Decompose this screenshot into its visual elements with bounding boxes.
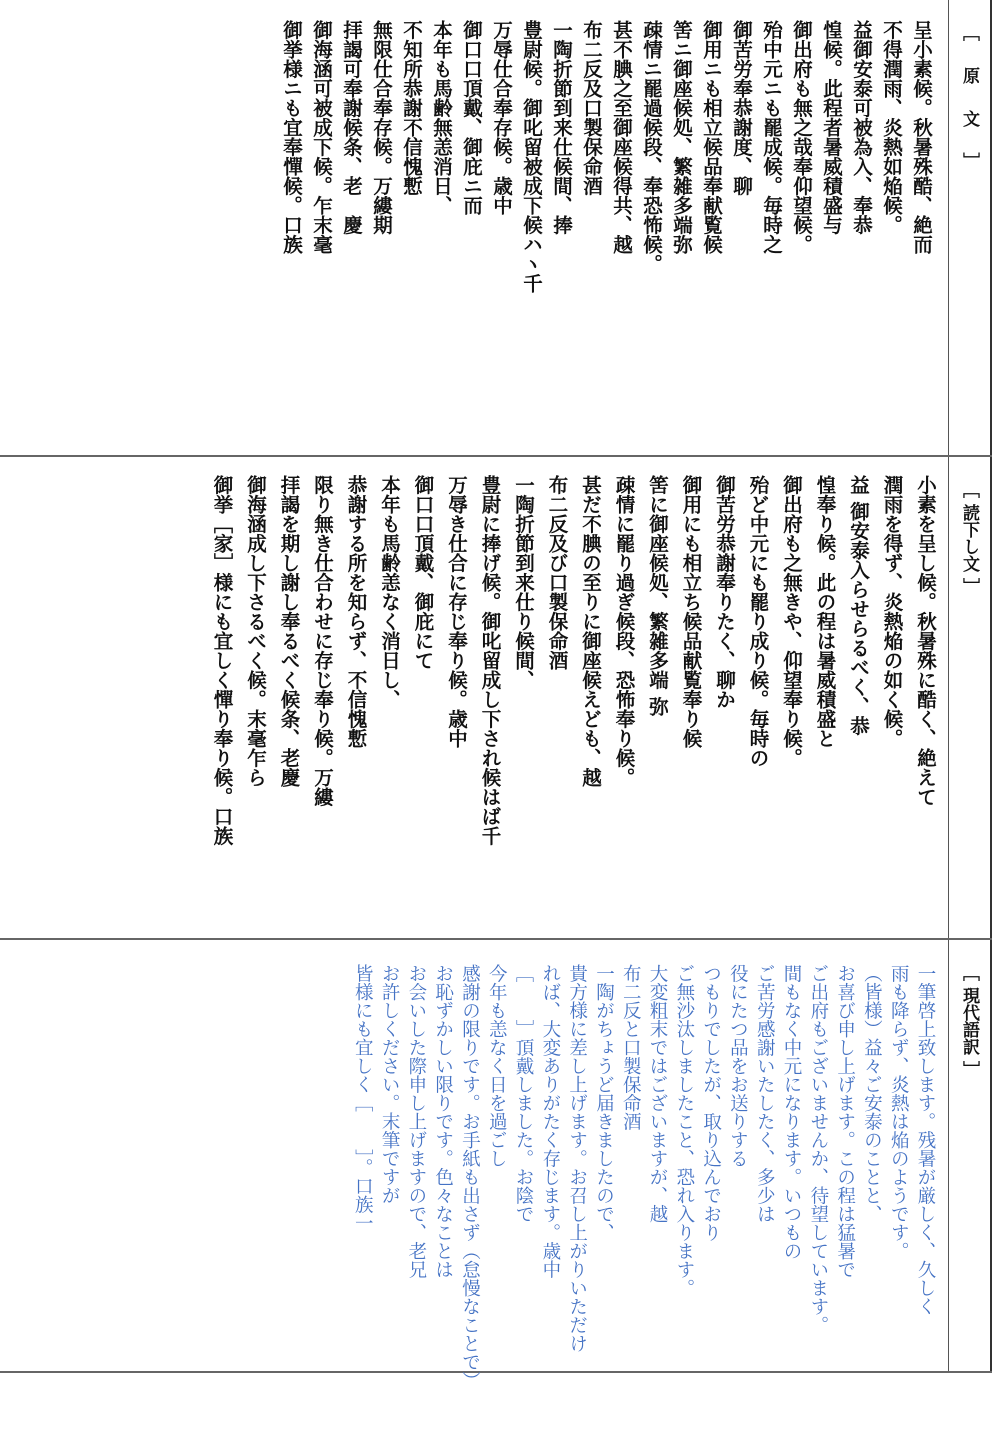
content-cell-genbun: 呈小素候。秋暑殊酷、絶而 不得潤雨、炎熱如焔候。 益御安泰可被為入、奉恭 惶候。…: [0, 0, 948, 455]
text-line: 不知所恭謝不信愧慙: [396, 20, 426, 293]
text-line: 御出府も無之哉奉仰望候。: [786, 20, 816, 293]
text-line: 益御安泰可被為入、奉恭: [846, 20, 876, 293]
text-line: れば、大変ありがたく存じます。歳中: [536, 964, 563, 1390]
text-line: つもりでしたが、取り込んでおり: [697, 964, 724, 1390]
header-label-genbun: ［ 原 文 ］: [957, 24, 982, 180]
text-line: 御挙［家］様にも宜しく憚り奉り候。口族: [205, 475, 239, 846]
text-line: 布二反と口製保命酒: [616, 964, 643, 1390]
text-line: 恭謝する所を知らず、不信愧慙: [339, 475, 373, 846]
row-genbun: ［ 原 文 ］ 呈小素候。秋暑殊酷、絶而 不得潤雨、炎熱如焔候。 益御安泰可被為…: [0, 0, 992, 457]
text-line: 呈小素候。秋暑殊酷、絶而: [906, 20, 936, 293]
text-line: 御用ニも相立候品奉献覧候: [696, 20, 726, 293]
text-line: 万辱仕合奉存候。歳中: [486, 20, 516, 293]
text-line: 拝謁可奉謝候条、老 慶: [336, 20, 366, 293]
header-label-yomikudashi: ［ 読下し文 ］: [957, 481, 982, 595]
text-line: 御苦労奉恭謝度、聊: [726, 20, 756, 293]
text-line: 今年も恙なく日を過ごし: [482, 964, 509, 1390]
genbun-text: 呈小素候。秋暑殊酷、絶而 不得潤雨、炎熱如焔候。 益御安泰可被為入、奉恭 惶候。…: [276, 20, 936, 293]
text-line: 惶候。此程者暑威積盛与: [816, 20, 846, 293]
text-line: 甚だ不腆の至りに御座候えども、越: [574, 475, 608, 846]
header-cell-genbun: ［ 原 文 ］: [948, 0, 992, 455]
text-line: 筈ニ御座候処、繁雑多端弥: [666, 20, 696, 293]
row-yomikudashi: ［ 読下し文 ］ 小素を呈し候。秋暑殊に酷く、絶えて 潤雨を得ず、炎熱焔の如く候…: [0, 457, 992, 940]
text-line: 甚不腆之至御座候得共、越: [606, 20, 636, 293]
header-label-gendaigoyaku: ［ 現代語訳 ］: [957, 964, 982, 1078]
text-line: 大変粗末ではございますが、越: [643, 964, 670, 1390]
text-line: 御海涵成し下さるべく候。末毫乍ら: [239, 475, 273, 846]
translation-table: ［ 原 文 ］ 呈小素候。秋暑殊酷、絶而 不得潤雨、炎熱如焔候。 益御安泰可被為…: [0, 0, 992, 1373]
text-line: ご出府もございませんか、待望しています。: [804, 964, 831, 1390]
row-gendaigoyaku: ［ 現代語訳 ］ 一筆啓上致します。残暑が厳しく、久しく 雨も降らず、炎熱は焔の…: [0, 940, 992, 1373]
text-line: （皆様）益々ご安泰のことと、: [858, 964, 885, 1390]
text-line: 益 御安泰入らせらるべく、恭: [842, 475, 876, 846]
text-line: お許しください。末筆ですが: [375, 964, 402, 1390]
text-line: 感謝の限りです。お手紙も出さず（怠慢なことで）: [456, 964, 483, 1390]
content-cell-yomikudashi: 小素を呈し候。秋暑殊に酷く、絶えて 潤雨を得ず、炎熱焔の如く候。 益 御安泰入ら…: [0, 457, 948, 938]
gendaigoyaku-text: 一筆啓上致します。残暑が厳しく、久しく 雨も降らず、炎熱は焔のようです。 （皆様…: [348, 964, 938, 1390]
text-line: 御挙様ニも宜奉憚候。口族: [276, 20, 306, 293]
text-line: ご無沙汰しましたこと、恐れ入ります。: [670, 964, 697, 1390]
text-line: 布二反及び口製保命酒: [540, 475, 574, 846]
text-line: 小素を呈し候。秋暑殊に酷く、絶えて: [909, 475, 943, 846]
text-line: ［ ］頂戴しました。お陰で: [509, 964, 536, 1390]
yomikudashi-text: 小素を呈し候。秋暑殊に酷く、絶えて 潤雨を得ず、炎熱焔の如く候。 益 御安泰入ら…: [205, 475, 942, 846]
header-cell-yomikudashi: ［ 読下し文 ］: [948, 457, 992, 938]
text-line: 潤雨を得ず、炎熱焔の如く候。: [875, 475, 909, 846]
text-line: 殆ど中元にも罷り成り候。毎時の: [741, 475, 775, 846]
text-line: 限り無き仕合わせに存じ奉り候。万縷: [306, 475, 340, 846]
text-line: 筈に御座候処、繁雑多端 弥: [641, 475, 675, 846]
text-line: 本年も馬齢恙なく消日し、: [373, 475, 407, 846]
text-line: 本年も馬齢無恙消日、: [426, 20, 456, 293]
text-line: お恥ずかしい限りです。色々なことは: [429, 964, 456, 1390]
text-line: 殆中元ニも罷成候。毎時之: [756, 20, 786, 293]
text-line: 雨も降らず、炎熱は焔のようです。: [884, 964, 911, 1390]
text-line: 間もなく中元になります。いつもの: [777, 964, 804, 1390]
text-line: 一陶折節到来仕候間、捧: [546, 20, 576, 293]
text-line: 貴方様に差し上げます。お召し上がりいただけ: [563, 964, 590, 1390]
text-line: 惶奉り候。此の程は暑威積盛と: [808, 475, 842, 846]
text-line: 役にたつ品をお送りする: [724, 964, 751, 1390]
text-line: 皆様にも宜しく［ ］。口族一: [348, 964, 375, 1390]
text-line: 疎情に罷り過ぎ候段、恐怖奉り候。: [607, 475, 641, 846]
text-line: 御口口頂戴、御庇ニ而: [456, 20, 486, 293]
text-line: ご苦労感謝いたしたく、多少は: [750, 964, 777, 1390]
text-line: 御口口頂戴、御庇にて: [406, 475, 440, 846]
text-line: 一筆啓上致します。残暑が厳しく、久しく: [911, 964, 938, 1390]
text-line: 御出府も之無きや、仰望奉り候。: [775, 475, 809, 846]
content-cell-gendaigoyaku: 一筆啓上致します。残暑が厳しく、久しく 雨も降らず、炎熱は焔のようです。 （皆様…: [0, 940, 948, 1371]
text-line: 御用にも相立ち候品献覧奉り候: [674, 475, 708, 846]
text-line: 無限仕合奉存候。万縷期: [366, 20, 396, 293]
text-line: 不得潤雨、炎熱如焔候。: [876, 20, 906, 293]
text-line: お会いした際申し上げますので、老兄: [402, 964, 429, 1390]
text-line: 万辱き仕合に存じ奉り候。歳中: [440, 475, 474, 846]
text-line: 豊尉候。御叱留被成下候ハヽ千: [516, 20, 546, 293]
text-line: 御海涵可被成下候。乍末毫: [306, 20, 336, 293]
text-line: 豊尉に捧げ候。御叱留成し下され候はば千: [473, 475, 507, 846]
text-line: お喜び申し上げます。この程は猛暑で: [831, 964, 858, 1390]
text-line: 御苦労恭謝奉りたく、聊か: [708, 475, 742, 846]
text-line: 布二反及口製保命酒: [576, 20, 606, 293]
text-line: 一陶折節到来仕り候間、: [507, 475, 541, 846]
text-line: 疎情ニ罷過候段、奉恐怖候。: [636, 20, 666, 293]
header-cell-gendaigoyaku: ［ 現代語訳 ］: [948, 940, 992, 1371]
text-line: 一陶がちょうど届きましたので、: [590, 964, 617, 1390]
text-line: 拝謁を期し謝し奉るべく候条、老慶: [272, 475, 306, 846]
